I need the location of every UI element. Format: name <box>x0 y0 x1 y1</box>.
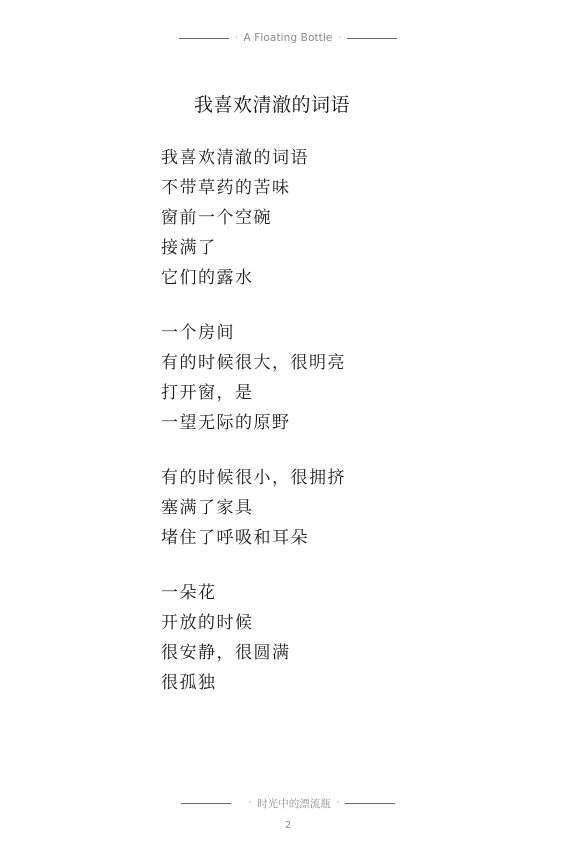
stanza-1: 我喜欢清澈的词语 不带草药的苦味 窗前一个空碗 接满了 它们的露水 <box>161 145 346 295</box>
footer-rule-right <box>345 803 395 804</box>
poem-line: 有的时候很小，很拥挤 <box>161 465 346 495</box>
poem-line: 不带草药的苦味 <box>161 175 346 205</box>
poem-line: 有的时候很大，很明亮 <box>161 350 346 380</box>
footer-dot-right: · <box>337 799 340 807</box>
poem-line: 开放的时候 <box>161 610 346 640</box>
poem-line: 很安静，很圆满 <box>161 640 346 670</box>
poem-line: 一望无际的原野 <box>161 410 346 440</box>
header-rule-left <box>179 38 229 39</box>
stanza-4: 一朵花 开放的时候 很安静，很圆满 很孤独 <box>161 580 346 700</box>
poem-line: 窗前一个空碗 <box>161 205 346 235</box>
poem-body: 我喜欢清澈的词语 不带草药的苦味 窗前一个空碗 接满了 它们的露水 一个房间 有… <box>161 145 346 725</box>
page-footer: · 时光中的漂流瓶 · <box>0 795 576 811</box>
header-dot-left: · <box>235 34 238 42</box>
poem-line: 一朵花 <box>161 580 346 610</box>
footer-rule-left <box>181 803 231 804</box>
footer-text: 时光中的漂流瓶 <box>257 796 331 811</box>
header-dot-right: · <box>338 34 341 42</box>
stanza-3: 有的时候很小，很拥挤 塞满了家具 堵住了呼吸和耳朵 <box>161 465 346 555</box>
poem-title: 我喜欢清澈的词语 <box>0 90 544 117</box>
page-header: · A Floating Bottle · <box>0 30 576 46</box>
page-number: 2 <box>0 820 576 831</box>
poem-line: 打开窗，是 <box>161 380 346 410</box>
poem-line: 很孤独 <box>161 670 346 700</box>
stanza-2: 一个房间 有的时候很大，很明亮 打开窗，是 一望无际的原野 <box>161 320 346 440</box>
footer-dot-left: · <box>249 799 252 807</box>
poem-line: 堵住了呼吸和耳朵 <box>161 525 346 555</box>
poem-line: 我喜欢清澈的词语 <box>161 145 346 175</box>
header-rule-right <box>347 38 397 39</box>
poem-line: 它们的露水 <box>161 265 346 295</box>
poem-line: 塞满了家具 <box>161 495 346 525</box>
poem-line: 一个房间 <box>161 320 346 350</box>
header-text: A Floating Bottle <box>244 32 333 44</box>
poem-line: 接满了 <box>161 235 346 265</box>
